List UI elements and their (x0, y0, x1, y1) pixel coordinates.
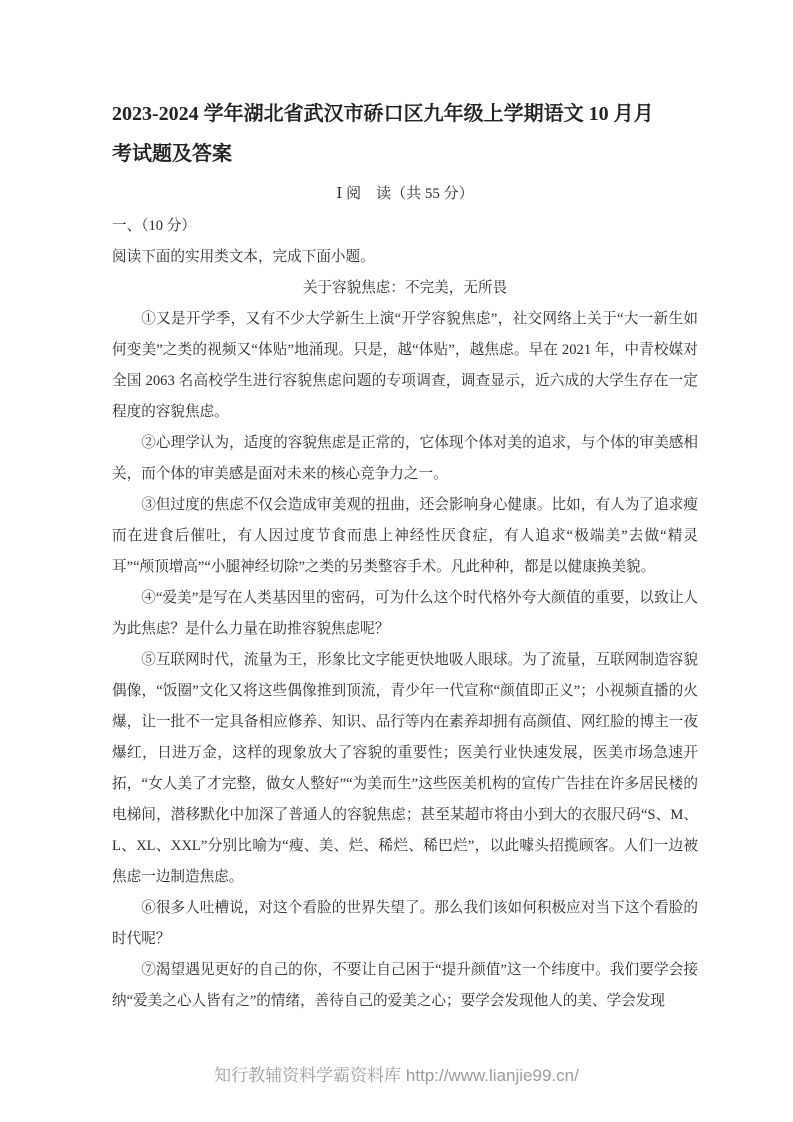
footer-watermark: 知行教辅资料学霸资料库 http://www.lianjie99.cn/ (0, 1061, 793, 1086)
essay-paragraph-6: ⑥很多人吐槽说，对这个看脸的世界失望了。那么我们该如何积极应对当下这个看脸的时代… (112, 893, 698, 955)
essay-paragraph-5: ⑤互联网时代，流量为王，形象比文字能更快地吸人眼球。为了流量，互联网制造容貌偶像… (112, 645, 698, 893)
document-body: 一、（10 分） 阅读下面的实用类文本，完成下面小题。 关于容貌焦虑：不完美，无… (112, 211, 698, 1017)
document-title: 2023-2024 学年湖北省武汉市硚口区九年级上学期语文 10 月月考试题及答… (112, 94, 664, 174)
essay-title: 关于容貌焦虑：不完美，无所畏 (112, 273, 698, 304)
essay-paragraph-3: ③但过度的焦虑不仅会造成审美观的扭曲，还会影响身心健康。比如，有人为了追求瘦而在… (112, 490, 698, 583)
document-page: 2023-2024 学年湖北省武汉市硚口区九年级上学期语文 10 月月考试题及答… (0, 94, 793, 1017)
essay-paragraph-1: ①又是开学季，又有不少大学新生上演“开学容貌焦虑”，社交网络上关于“大一新生如何… (112, 304, 698, 428)
instruction-line: 阅读下面的实用类文本，完成下面小题。 (112, 242, 698, 273)
question-header: 一、（10 分） (112, 211, 698, 242)
footer-text: 知行教辅资料学霸资料库 http://www.lianjie99.cn/ (214, 1066, 579, 1085)
essay-paragraph-7: ⑦渴望遇见更好的自己的你，不要让自己困于“提升颜值”这一个纬度中。我们要学会接纳… (112, 955, 698, 1017)
essay-paragraph-4: ④“爱美”是写在人类基因里的密码，可为什么这个时代格外夸大颜值的重要，以致让人为… (112, 583, 698, 645)
essay-paragraph-2: ②心理学认为，适度的容貌焦虑是正常的，它体现个体对美的追求，与个体的审美感相关，… (112, 428, 698, 490)
section-heading: Ⅰ 阅 读（共 55 分） (112, 179, 698, 209)
